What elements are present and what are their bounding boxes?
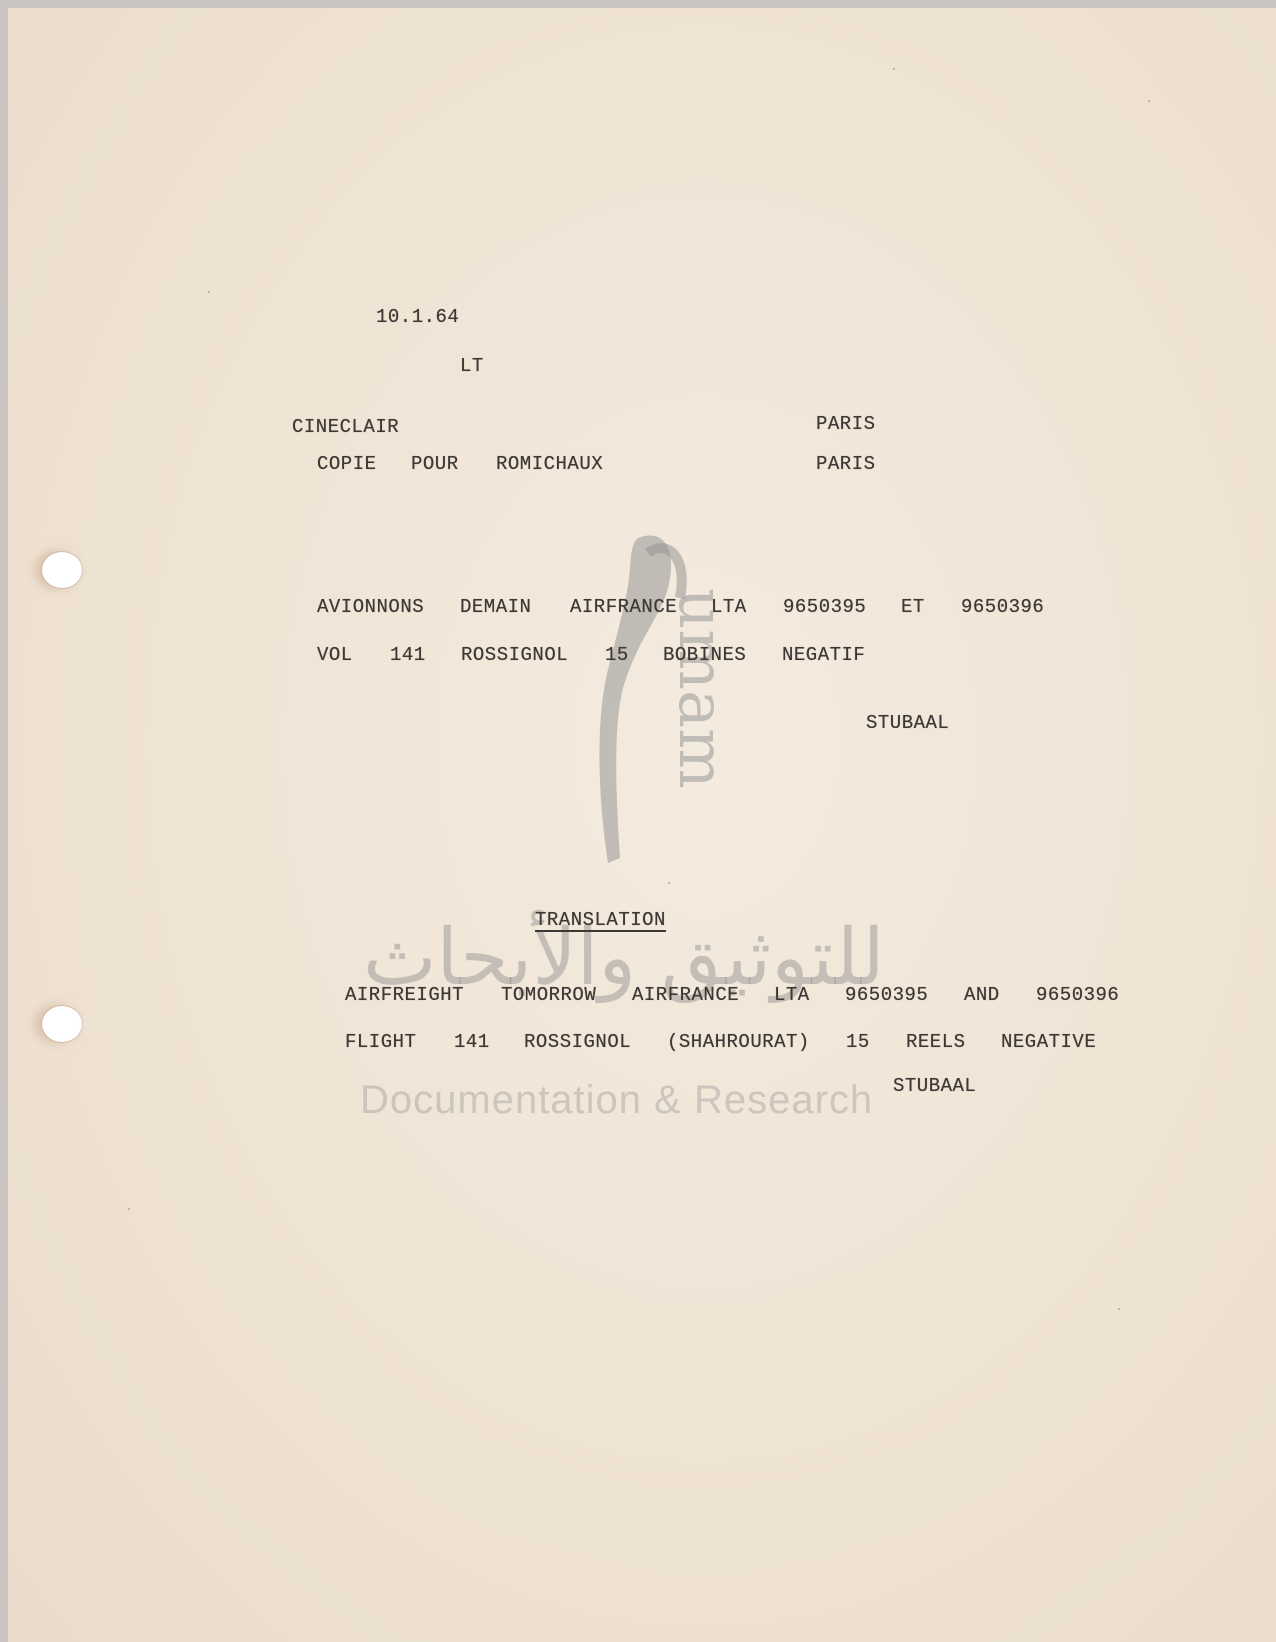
addressee-name: CINECLAIR xyxy=(292,416,399,438)
svg-text:umam: umam xyxy=(664,588,738,789)
message-word: DEMAIN xyxy=(460,596,531,618)
message-word: LTA xyxy=(711,596,747,618)
message-word: 9650396 xyxy=(961,596,1044,618)
paper-sheet: umam للتوثيق والأبحاث Documentation & Re… xyxy=(8,8,1276,1642)
translation-word: 141 xyxy=(454,1031,490,1053)
latin-watermark-text: Documentation & Research xyxy=(360,1078,873,1123)
message-word: 9650395 xyxy=(783,596,866,618)
message-word: NEGATIF xyxy=(782,644,865,666)
translation-word: AIRFRANCE xyxy=(632,984,739,1006)
translation-word: 9650396 xyxy=(1036,984,1119,1006)
message-word: 15 xyxy=(605,644,629,666)
punch-hole-top xyxy=(42,552,82,588)
copy-word: ROMICHAUX xyxy=(496,453,603,475)
copy-word: POUR xyxy=(411,453,459,475)
message-word: AVIONNONS xyxy=(317,596,424,618)
copy-word: COPIE xyxy=(317,453,377,475)
addressee-city: PARIS xyxy=(816,413,876,435)
translation-word: 15 xyxy=(846,1031,870,1053)
paper-speck xyxy=(893,68,895,70)
translation-word: AIRFREIGHT xyxy=(345,984,464,1006)
date: 10.1.64 xyxy=(376,306,459,328)
paper-speck xyxy=(1148,100,1150,102)
paper-speck xyxy=(128,1208,130,1210)
translation-word: REELS xyxy=(906,1031,966,1053)
signature-fr: STUBAAL xyxy=(866,712,949,734)
message-word: ET xyxy=(901,596,925,618)
translation-word: (SHAHROURAT) xyxy=(667,1031,810,1053)
translation-word: TOMORROW xyxy=(501,984,596,1006)
translation-word: FLIGHT xyxy=(345,1031,416,1053)
telegram-code: LT xyxy=(460,355,484,377)
message-word: AIRFRANCE xyxy=(570,596,677,618)
paper-speck xyxy=(208,291,210,293)
paper-speck xyxy=(668,882,670,884)
translation-word: AND xyxy=(964,984,1000,1006)
translation-word: ROSSIGNOL xyxy=(524,1031,631,1053)
message-word: ROSSIGNOL xyxy=(461,644,568,666)
translation-heading: TRANSLATION xyxy=(535,909,666,931)
translation-word: 9650395 xyxy=(845,984,928,1006)
paper-speck xyxy=(1118,1308,1120,1310)
punch-hole-bottom xyxy=(42,1006,82,1042)
translation-word: NEGATIVE xyxy=(1001,1031,1096,1053)
umam-logo-watermark: umam xyxy=(568,528,738,888)
message-word: 141 xyxy=(390,644,426,666)
signature-translation: STUBAAL xyxy=(893,1075,976,1097)
message-word: VOL xyxy=(317,644,353,666)
translation-word: LTA xyxy=(774,984,810,1006)
copy-city: PARIS xyxy=(816,453,876,475)
message-word: BOBINES xyxy=(663,644,746,666)
